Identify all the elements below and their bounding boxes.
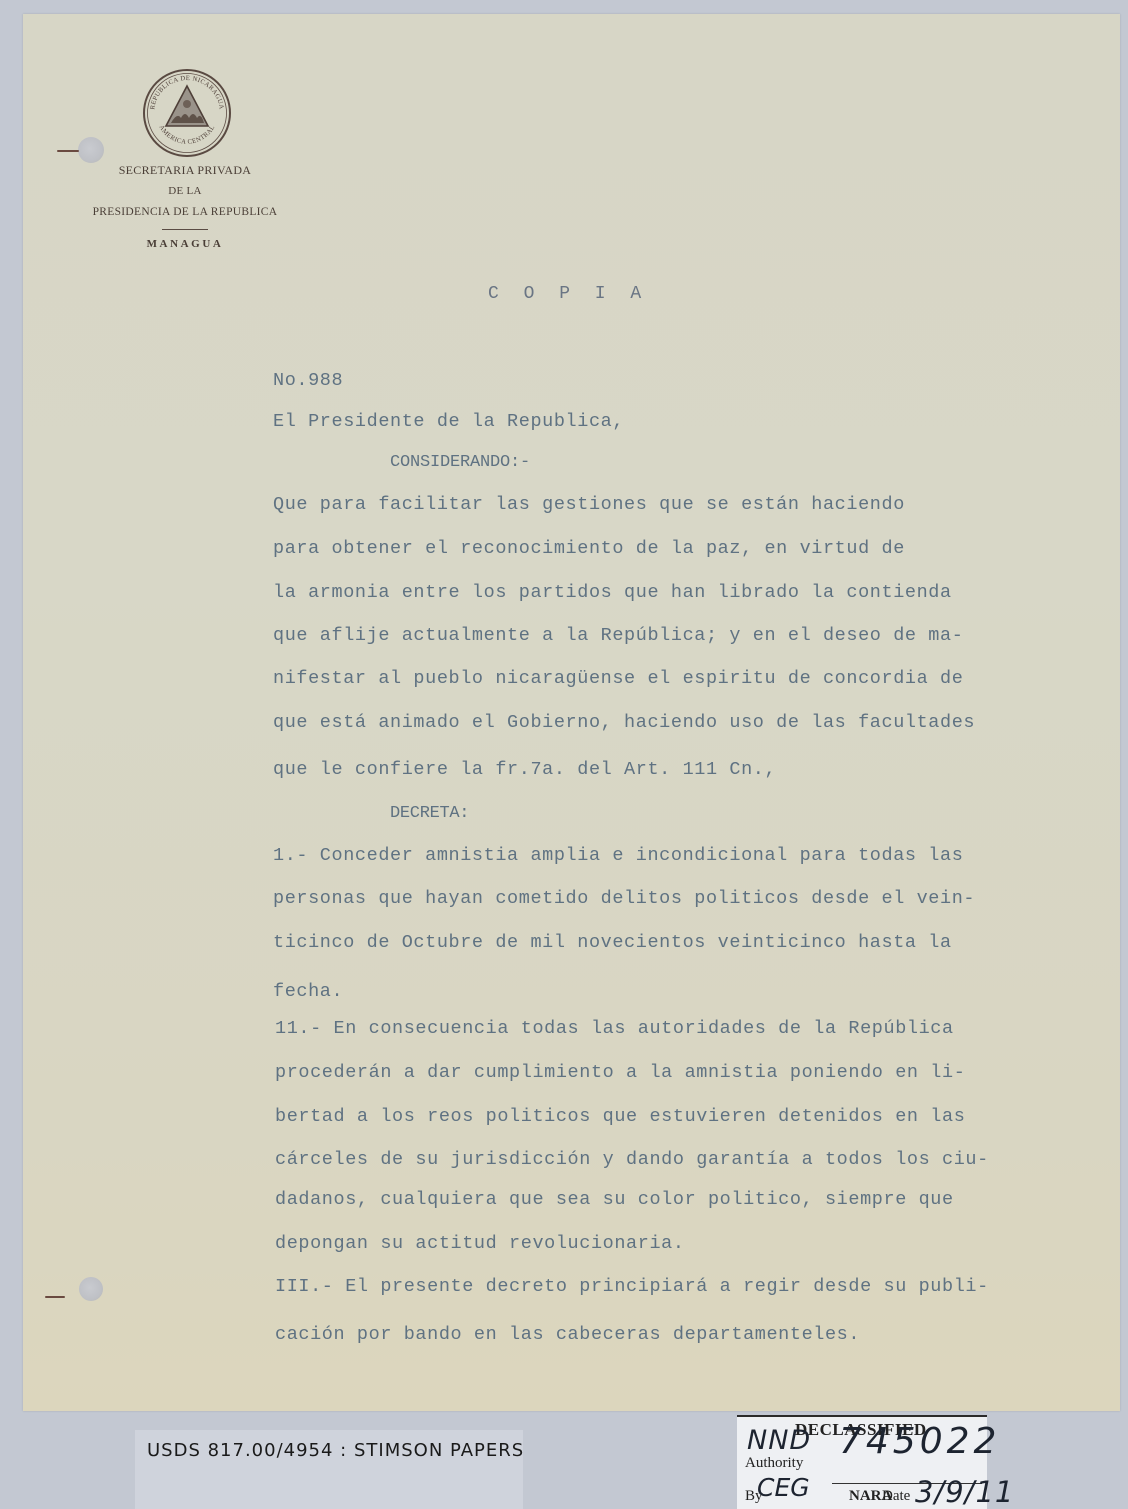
- considerando-line: que aflije actualmente a la República; y…: [273, 625, 963, 646]
- considerando-line: la armonia entre los partidos que han li…: [273, 582, 952, 603]
- considerando-line: que le confiere la fr.7a. del Art. 111 C…: [273, 759, 776, 780]
- article-1-line: fecha.: [273, 981, 343, 1002]
- letterhead-line-1: SECRETARIA PRIVADA: [60, 160, 310, 181]
- authority-label: Authority: [745, 1455, 803, 1472]
- letterhead-line-2: DE LA: [60, 181, 310, 202]
- considerando-line: para obtener el reconocimiento de la paz…: [273, 538, 905, 559]
- authority-prefix-handwritten: NND: [747, 1425, 811, 1456]
- article-2-line: depongan su actitud revolucionaria.: [275, 1233, 685, 1254]
- date-label: Date: [882, 1488, 910, 1505]
- letterhead-city: MANAGUA: [60, 238, 310, 250]
- svg-text:AMERICA CENTRAL: AMERICA CENTRAL: [157, 124, 216, 146]
- considerando-line: Que para facilitar las gestiones que se …: [273, 494, 905, 515]
- by-initials-handwritten: CEG: [757, 1473, 810, 1502]
- considerando-label: CONSIDERANDO:-: [390, 453, 530, 472]
- article-1-line: ticinco de Octubre de mil novecientos ve…: [273, 932, 952, 953]
- margin-mark-bottom: [45, 1296, 65, 1298]
- declassified-stamp: DECLASSIFIED Authority NND 745022 By CEG…: [737, 1415, 987, 1509]
- article-2-line: dadanos, cualquiera que sea su color pol…: [275, 1189, 954, 1210]
- article-3-line: III.- El presente decreto principiará a …: [275, 1276, 989, 1297]
- date-handwritten: 3/9/11: [915, 1475, 1014, 1509]
- archive-note-text: USDS 817.00/4954 : STIMSON PAPERS: [147, 1440, 524, 1461]
- authority-number-handwritten: 745022: [839, 1421, 1000, 1462]
- article-1-line: 1.- Conceder amnistia amplia e incondici…: [273, 845, 963, 866]
- article-3-line: cación por bando en las cabeceras depart…: [275, 1324, 860, 1345]
- letterhead-line-3: PRESIDENCIA DE LA REPUBLICA: [60, 202, 310, 223]
- punch-hole-bottom: [79, 1277, 103, 1301]
- considerando-line: nifestar al pueblo nicaragüense el espir…: [273, 668, 963, 689]
- decreta-label: DECRETA:: [390, 804, 469, 823]
- article-2-line: 11.- En consecuencia todas las autoridad…: [275, 1018, 954, 1039]
- letterhead-divider: [162, 229, 208, 230]
- issuer-line: El Presidente de la Republica,: [273, 411, 624, 432]
- archive-note-card: USDS 817.00/4954 : STIMSON PAPERS: [135, 1430, 523, 1509]
- coat-of-arms-seal-icon: REPUBLICA DE NICARAGUA AMERICA CENTRAL: [141, 68, 233, 158]
- decree-number: No.988: [273, 370, 343, 391]
- letterhead: SECRETARIA PRIVADA DE LA PRESIDENCIA DE …: [60, 160, 310, 250]
- document-heading: C O P I A: [488, 284, 648, 304]
- article-2-line: procederán a dar cumplimiento a la amnis…: [275, 1062, 965, 1083]
- considerando-line: que está animado el Gobierno, haciendo u…: [273, 712, 975, 733]
- margin-mark-top: [57, 150, 79, 152]
- article-2-line: bertad a los reos politicos que estuvier…: [275, 1106, 965, 1127]
- article-1-line: personas que hayan cometido delitos poli…: [273, 888, 975, 909]
- article-2-line: cárceles de su jurisdicción y dando gara…: [275, 1149, 989, 1170]
